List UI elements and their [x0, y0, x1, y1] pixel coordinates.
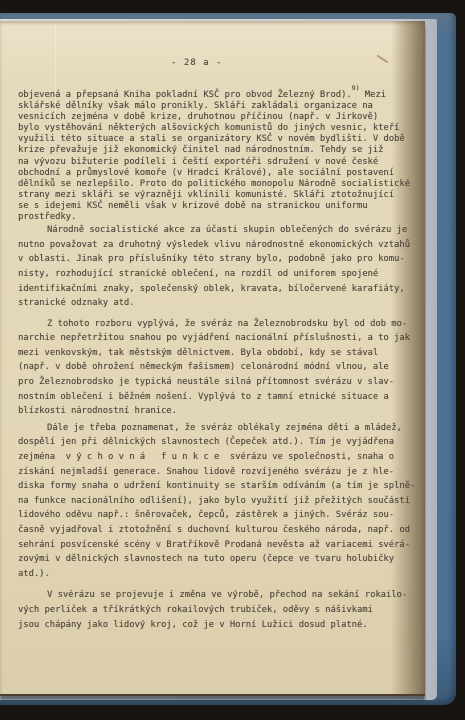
text-line: dospělí jen při dělnických slavnostech (… [18, 435, 420, 450]
text-line: zejména v ý c h o v n á f u n k c e svér… [18, 450, 420, 465]
paper-scratch [377, 55, 389, 63]
paragraph: Dále je třeba poznamenat, že svéráz oblé… [18, 421, 420, 582]
text-line: Národně socialistické akce za účasti sku… [18, 223, 420, 238]
text-line: strany mezi skláři se výrazněji vklínili… [18, 190, 420, 201]
text-line: identifikačními znaky, společenský oblek… [18, 282, 420, 297]
text-line: na vývozu bižuterie podíleli i čeští exp… [18, 157, 420, 168]
text-line: (např. v době ohrožení německým fašismem… [18, 360, 420, 375]
text-line: prostředky. [18, 212, 420, 223]
text-segment: objevená a přepsaná Kniha pokladní KSČ p… [18, 90, 352, 100]
text-line: vých perliček a tříkrátkých rokailových … [18, 603, 420, 618]
text-line: objevená a přepsaná Kniha pokladní KSČ p… [18, 90, 420, 101]
document-body: objevená a přepsaná Kniha pokladní KSČ p… [18, 90, 420, 632]
text-segment: Mezi [360, 90, 386, 100]
text-line: dělníků se nezlepšilo. Proto do politick… [18, 179, 420, 190]
text-line: zovými v dělnických slavnostech na tuto … [18, 552, 420, 567]
text-line: nostním oblečení i běžném nošení. Vyplýv… [18, 390, 420, 405]
text-line: jsou chápány jako lidový kroj, což je v … [18, 618, 420, 633]
text-line: V svérázu se projevuje i změna ve výrobě… [18, 588, 420, 603]
text-line: Dále je třeba poznamenat, že svéráz oblé… [18, 421, 420, 436]
text-line: Z tohoto rozboru vyplývá, že svéráz na Ž… [18, 317, 420, 332]
text-line: obchodní a průmyslové komoře (v Hradci K… [18, 168, 420, 179]
text-line: mezi venkovským, tak městským dělnictvem… [18, 346, 420, 361]
text-line: blízkosti národnostní hranice. [18, 404, 420, 419]
paragraph: objevená a přepsaná Kniha pokladní KSČ p… [18, 90, 420, 223]
text-line: atd.). [18, 567, 420, 582]
text-line: lidového oděvu např.: šněrovaček, čepců,… [18, 508, 420, 523]
text-line: stranické odznaky atd. [18, 296, 420, 311]
text-line: získání nejmladší generace. Snahou lidov… [18, 465, 420, 480]
text-line: krize převažuje již ekonomický činitel n… [18, 145, 420, 156]
text-line: časně vyjadřoval i ztotožnění s duchovní… [18, 523, 420, 538]
text-line: nutno považovat za druhotný výsledek vli… [18, 238, 420, 253]
text-line: sehrání posvícenské scény v Bratříkově P… [18, 538, 420, 553]
text-line: pro Železnobrodsko je typická neustále s… [18, 375, 420, 390]
text-line: nisty, rozhodující stranické oblečení, n… [18, 267, 420, 282]
paper-sheet: - 28 a - objevená a přepsaná Kniha pokla… [0, 21, 425, 696]
paragraph: Z tohoto rozboru vyplývá, že svéráz na Ž… [18, 317, 420, 419]
text-line: využili této situace a stali se organizá… [18, 134, 420, 145]
text-line: sklářské dělníky však málo pronikly. Skl… [18, 101, 420, 112]
footnote-reference: 9) [352, 84, 360, 92]
text-line: diska formy snaha o udržení kontinuity s… [18, 479, 420, 494]
text-line: v oblasti. Jinak pro příslušníky této st… [18, 252, 420, 267]
paragraph: Národně socialistické akce za účasti sku… [18, 223, 420, 311]
page-number: - 28 a - [171, 58, 222, 68]
paragraph: V svérázu se projevuje i změna ve výrobě… [18, 588, 420, 632]
text-line: se s idejemi KSČ neměli však v krizové d… [18, 201, 420, 212]
text-line: na funkce nacionálního odlišení), jako b… [18, 494, 420, 509]
text-line: bylo vystěhování některých alšovických k… [18, 123, 420, 134]
text-line: narchie nepřetržitou snahou po vyjádření… [18, 331, 420, 346]
text-line: vesnicích zejména v době krize, druhotno… [18, 112, 420, 123]
